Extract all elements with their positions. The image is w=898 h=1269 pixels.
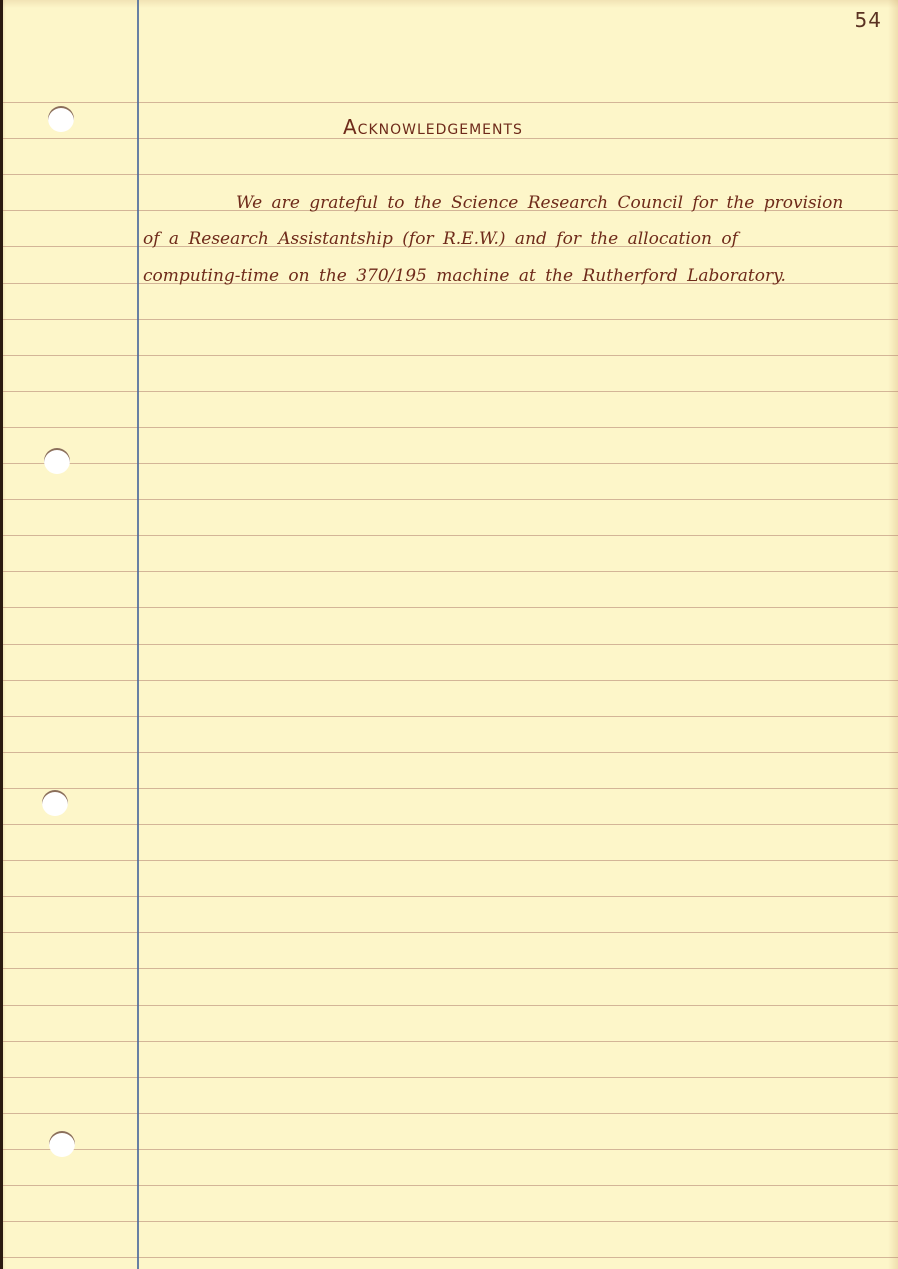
punch-hole	[49, 1131, 75, 1157]
punch-hole	[48, 106, 74, 132]
notebook-page: 54 Acknowledgements We are grateful to t…	[0, 0, 898, 1269]
paragraph-line: computing-time on the 370/195 machine at…	[143, 266, 786, 286]
margin-line	[137, 0, 139, 1269]
page-number: 54	[855, 8, 882, 32]
punch-hole	[42, 790, 68, 816]
page-title: Acknowledgements	[343, 115, 523, 139]
page-left-edge	[0, 0, 3, 1269]
paragraph-line: of a Research Assistantship (for R.E.W.)…	[143, 229, 738, 249]
punch-hole	[44, 448, 70, 474]
paragraph-line: We are grateful to the Science Research …	[236, 193, 843, 213]
